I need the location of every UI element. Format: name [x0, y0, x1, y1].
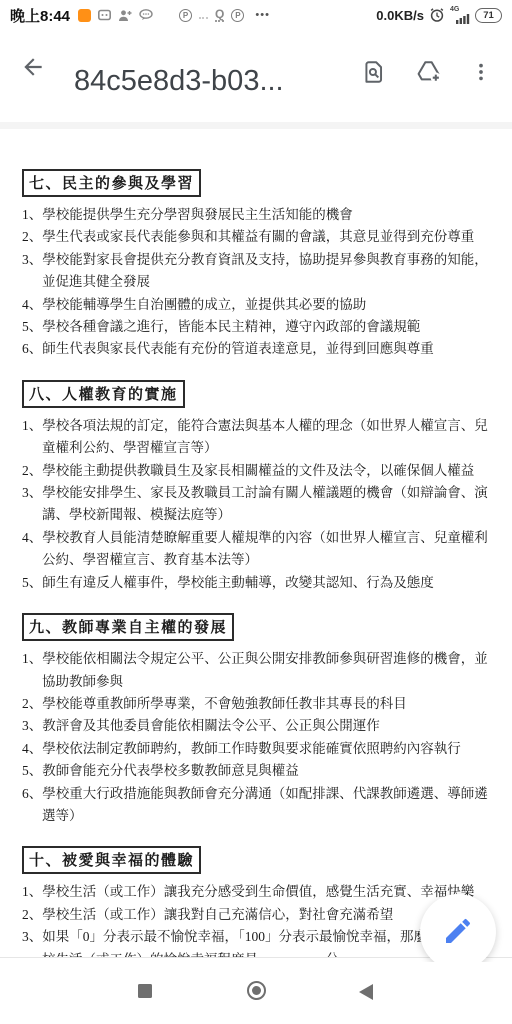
- section-9: 九、教師專業自主權的發展 1、學校能依相關法令規定公平、公正與公開安排教師參與研…: [22, 613, 494, 827]
- find-in-document-button[interactable]: [359, 57, 389, 90]
- back-arrow-icon: [20, 54, 46, 83]
- add-to-drive-icon: [415, 58, 442, 88]
- p-circle-icon: P: [231, 9, 244, 22]
- battery-indicator: 71: [475, 8, 502, 23]
- p-circle-icon: P: [179, 9, 192, 22]
- section-8: 八、人權教育的實施 1、學校各項法規的訂定，能符合憲法與基本人權的理念（如世界人…: [22, 380, 494, 594]
- question-item: 1、學校生活（或工作）讓我充分感受到生命價值，感覺生活充實、幸福快樂: [22, 881, 494, 903]
- question-item: 2、學生代表或家長代表能參與和其權益有關的會議，其意見並得到充份尊重: [22, 226, 494, 248]
- question-item: 2、學校能尊重教師所學專業，不會勉強教師任教非其專長的科目: [22, 693, 494, 715]
- network-type-label: 4G: [450, 6, 459, 13]
- document-title: 84c5e8d3-b03...: [74, 65, 284, 98]
- edit-pencil-icon: [442, 915, 474, 950]
- faint-mark-icon: [199, 12, 208, 19]
- section-title: 八、人權教育的實施: [22, 380, 185, 408]
- question-item: 5、學校各種會議之進行，皆能本民主精神，遵守內政部的會議規範: [22, 316, 494, 338]
- more-notifications-indicator: •••: [255, 9, 270, 21]
- network-speed: 0.0KB/s: [376, 8, 424, 23]
- phone-screen: 晚上8:44 P Q P ••• 0.0KB/s 4G: [0, 0, 512, 1024]
- home-circle-icon: [247, 981, 266, 1000]
- section-title: 十、被愛與幸福的體驗: [22, 846, 201, 874]
- question-item: 1、學校能依相關法令規定公平、公正與公開安排教師參與研習進修的機會，並 協助教師…: [22, 648, 494, 693]
- question-item: 1、學校各項法規的訂定，能符合憲法與基本人權的理念（如世界人權宣言、兒 童權利公…: [22, 415, 494, 460]
- clock: 晚上8:44: [10, 5, 70, 26]
- nav-back-button[interactable]: [353, 978, 379, 1006]
- question-item: 5、教師會能充分代表學校多數教師意見與權益: [22, 760, 494, 782]
- person-add-icon: [118, 9, 132, 22]
- find-in-document-icon: [361, 59, 387, 88]
- section-title: 七、民主的參與及學習: [22, 169, 201, 197]
- striped-flag-icon: [160, 9, 172, 21]
- q-letter-icon: Q: [215, 9, 224, 22]
- recents-button[interactable]: [132, 978, 158, 1004]
- question-item: 2、學校能主動提供教職員生及家長相關權益的文件及法令，以確保個人權益: [22, 460, 494, 482]
- question-item: 4、學校教育人員能清楚瞭解重要人權規準的內容（如世界人權宣言、兒童權利 公約、學…: [22, 527, 494, 572]
- add-to-drive-button[interactable]: [413, 56, 444, 90]
- question-item: 3、教評會及其他委員會能依相關法令公平、公正與公開運作: [22, 715, 494, 737]
- back-triangle-icon: [359, 984, 373, 1000]
- back-button[interactable]: [18, 54, 48, 84]
- overflow-menu-button[interactable]: [468, 58, 494, 89]
- annotate-fab[interactable]: [420, 894, 496, 970]
- toolbar-divider: [0, 122, 512, 129]
- question-item: 6、學校重大行政措施能與教師會充分溝通（如配排課、代課教師遴選、導師遴 選等）: [22, 783, 494, 828]
- app-toolbar: 84c5e8d3-b03...: [0, 30, 512, 122]
- alarm-icon: [429, 7, 445, 23]
- question-item: 3、學校能安排學生、家長及教職員工討論有關人權議題的機會（如辯論會、演 講、學校…: [22, 482, 494, 527]
- notification-icons: P Q P •••: [78, 9, 270, 22]
- question-item: 1、學校能提供學生充分學習與發展民主生活知能的機會: [22, 204, 494, 226]
- message-icon: [98, 9, 111, 22]
- question-item: 6、師生代表與家長代表能有充份的管道表達意見，並得到回應與尊重: [22, 338, 494, 360]
- question-item: 4、學校依法制定教師聘約，教師工作時數與要求能確實依照聘約內容執行: [22, 738, 494, 760]
- status-bar: 晚上8:44 P Q P ••• 0.0KB/s 4G: [0, 0, 512, 30]
- recents-square-icon: [138, 984, 152, 998]
- question-item: 4、學校能輔導學生自治團體的成立，並提供其必要的協助: [22, 294, 494, 316]
- app-badge-icon: [78, 9, 91, 22]
- home-button[interactable]: [241, 975, 272, 1006]
- android-nav-bar: [0, 962, 512, 1024]
- section-title: 九、教師專業自主權的發展: [22, 613, 234, 641]
- question-item: 5、師生有違反人權事件，學校能主動輔導，改變其認知、行為及態度: [22, 572, 494, 594]
- signal-4g-icon: 4G: [450, 7, 470, 24]
- etc-bubble-icon: [139, 9, 153, 21]
- pdf-page-view[interactable]: 七、民主的參與及學習 1、學校能提供學生充分學習與發展民主生活知能的機會 2、學…: [0, 129, 512, 958]
- section-7: 七、民主的參與及學習 1、學校能提供學生充分學習與發展民主生活知能的機會 2、學…: [22, 169, 494, 361]
- kebab-menu-icon: [470, 60, 492, 87]
- question-item: 3、學校能對家長會提供充分教育資訊及支持，協助提昇參與教育事務的知能， 並促進其…: [22, 249, 494, 294]
